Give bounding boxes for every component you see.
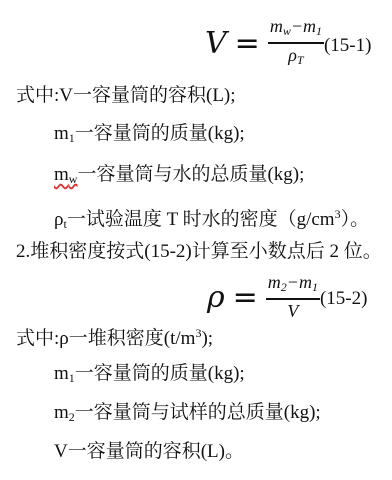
where-v-line-2: V一容量筒的容积(L)。: [54, 440, 244, 464]
equation-number: (15-1): [324, 35, 371, 57]
formula-15-2: ρ = m2−m1 V (15-2): [207, 272, 367, 322]
equation-number: (15-2): [320, 288, 367, 310]
formula-lhs: V: [205, 26, 227, 61]
equals-sign: =: [235, 26, 260, 61]
fraction: mw−m1 ρT: [268, 16, 324, 71]
denominator: V: [287, 300, 298, 322]
denominator: ρT: [288, 44, 303, 71]
where-mw-line: mw一容量筒与水的总质量(kg);: [54, 163, 304, 191]
numerator: mw−m1: [268, 16, 324, 44]
step-2-heading: 2.堆积密度按式(15-2)计算至小数点后 2 位。: [16, 240, 382, 264]
fraction: m2−m1 V: [266, 272, 320, 322]
where-rho-line: ρt一试验温度 T 时水的密度（g/cm3）。: [54, 202, 369, 236]
formula-15-1: V = mw−m1 ρT (15-1): [205, 16, 371, 71]
where-m2-line: m2一容量筒与试样的总质量(kg);: [54, 401, 321, 429]
formula-lhs: ρ: [207, 280, 225, 315]
where-m1-line: m1一容量筒的质量(kg);: [54, 122, 245, 150]
where-m1-line-2: m1一容量筒的质量(kg);: [54, 362, 245, 390]
spellcheck-mark: mw: [54, 164, 77, 185]
numerator: m2−m1: [266, 272, 320, 300]
where-v-line: 式中:V一容量筒的容积(L);: [16, 84, 236, 108]
equals-sign: =: [233, 280, 258, 315]
where-rho-density-line: 式中:ρ一堆积密度(t/m3);: [16, 321, 213, 351]
